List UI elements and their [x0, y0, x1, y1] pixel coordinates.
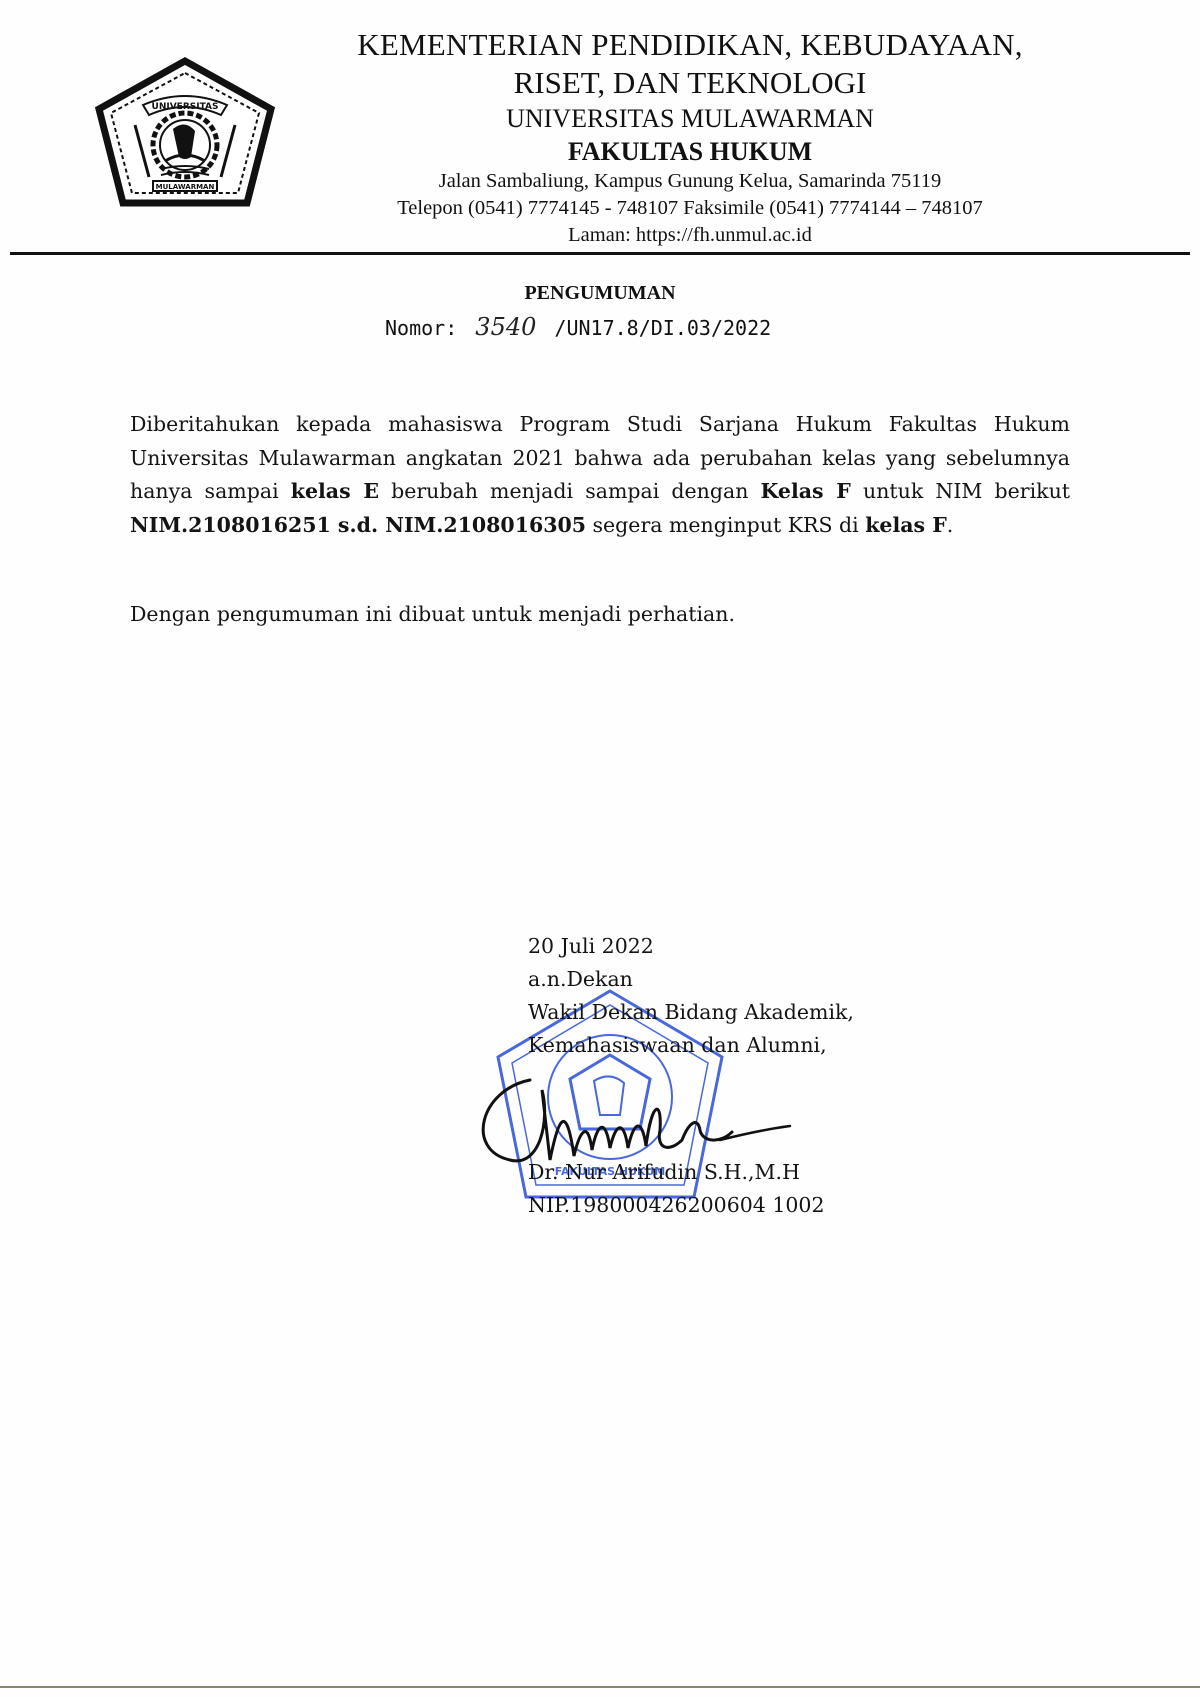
number-suffix: /UN17.8/DI.03/2022 [554, 316, 771, 340]
ministry-name-line1: KEMENTERIAN PENDIDIKAN, KEBUDAYAAN, [300, 26, 1080, 64]
document-title: PENGUMUMAN [0, 282, 1200, 305]
on-behalf-of: a.n.Dekan [528, 963, 854, 996]
body-bold-class-e: kelas E [291, 479, 379, 503]
page-bottom-edge [0, 1686, 1200, 1688]
address: Jalan Sambaliung, Kampus Gunung Kelua, S… [300, 168, 1080, 195]
svg-text:MULAWARMAN: MULAWARMAN [156, 183, 215, 191]
svg-text:UNIVERSITAS: UNIVERSITAS [152, 102, 219, 112]
closing-sentence: Dengan pengumuman ini dibuat untuk menja… [130, 602, 735, 626]
faculty-name: FAKULTAS HUKUM [300, 136, 1080, 168]
university-name: UNIVERSITAS MULAWARMAN [300, 102, 1080, 136]
body-bold-nim-range: NIM.2108016251 s.d. NIM.2108016305 [130, 513, 586, 537]
body-text: segera menginput KRS di [586, 513, 865, 537]
body-bold-class-f: Kelas F [761, 479, 851, 503]
body-text: untuk NIM berikut [851, 479, 1070, 503]
signer-nip: NIP.198000426200604 1002 [528, 1189, 825, 1222]
signer-position-line1: Wakil Dekan Bidang Akademik, [528, 996, 854, 1029]
body-bold-class-f-krs: kelas F [865, 513, 947, 537]
announcement-body: Diberitahukan kepada mahasiswa Program S… [130, 408, 1070, 542]
number-prefix: Nomor: [385, 316, 457, 340]
signature-block: 20 Juli 2022 a.n.Dekan Wakil Dekan Bidan… [528, 930, 854, 1062]
phone-fax: Telepon (0541) 7774145 - 748107 Faksimil… [300, 195, 1080, 222]
university-emblem-icon: UNIVERSITAS MULAWARMAN [95, 57, 275, 207]
handwritten-signature-icon [470, 1060, 850, 1180]
signer-position-line2: Kemahasiswaan dan Alumni, [528, 1029, 854, 1062]
document-number: Nomor: 3540 /UN17.8/DI.03/2022 [385, 313, 771, 341]
body-text: . [947, 513, 954, 537]
letterhead: KEMENTERIAN PENDIDIKAN, KEBUDAYAAN, RISE… [300, 20, 1080, 249]
signing-date: 20 Juli 2022 [528, 930, 854, 963]
letterhead-divider [10, 252, 1190, 255]
website: Laman: https://fh.unmul.ac.id [300, 222, 1080, 249]
ministry-name-line2: RISET, DAN TEKNOLOGI [300, 64, 1080, 102]
handwritten-number: 3540 [469, 313, 542, 341]
body-text: berubah menjadi sampai dengan [379, 479, 761, 503]
announcement-document: UNIVERSITAS MULAWARMAN KEMENTERIAN PENDI… [0, 0, 1200, 1697]
